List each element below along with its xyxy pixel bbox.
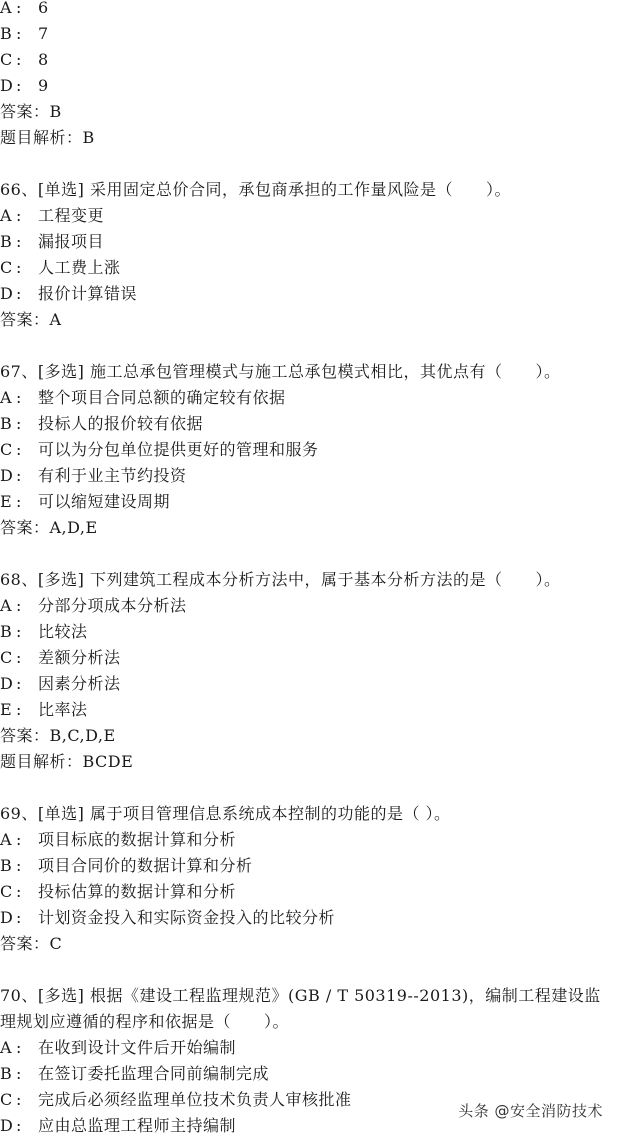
option-e: E:可以缩短建设周期	[0, 489, 617, 515]
option-d: D:9	[0, 73, 617, 99]
option-b: B:比较法	[0, 619, 617, 645]
question-66: 66、[单选] 采用固定总价合同，承包商承担的工作量风险是（ ）。 A:工程变更…	[0, 177, 617, 333]
question-stem: 66、[单选] 采用固定总价合同，承包商承担的工作量风险是（ ）。	[0, 177, 617, 203]
question-stem: 68、[多选] 下列建筑工程成本分析方法中，属于基本分析方法的是（ ）。	[0, 567, 617, 593]
question-stem: 67、[多选] 施工总承包管理模式与施工总承包模式相比，其优点有（ ）。	[0, 359, 617, 385]
watermark: 头条 @安全消防技术	[458, 1100, 603, 1121]
option-c: C:差额分析法	[0, 645, 617, 671]
option-b: B:投标人的报价较有依据	[0, 411, 617, 437]
option-c: C:人工费上涨	[0, 255, 617, 281]
option-a: A:整个项目合同总额的确定较有依据	[0, 385, 617, 411]
question-stem-continued: 理规划应遵循的程序和依据是（ ）。	[0, 1009, 617, 1035]
option-c: C:可以为分包单位提供更好的管理和服务	[0, 437, 617, 463]
analysis-line: 题目解析：B	[0, 125, 617, 151]
option-b: B:7	[0, 21, 617, 47]
option-b: B:漏报项目	[0, 229, 617, 255]
option-e: E:比率法	[0, 697, 617, 723]
option-a: A:在收到设计文件后开始编制	[0, 1035, 617, 1061]
question-stem: 70、[多选] 根据《建设工程监理规范》(GB / T 50319--2013)…	[0, 983, 617, 1009]
option-a: A:项目标底的数据计算和分析	[0, 827, 617, 853]
question-stem: 69、[单选] 属于项目管理信息系统成本控制的功能的是（ ）。	[0, 801, 617, 827]
option-d: D:因素分析法	[0, 671, 617, 697]
question-65-tail: A:6 B:7 C:8 D:9 答案：B 题目解析：B	[0, 0, 617, 151]
option-b: B:在签订委托监理合同前编制完成	[0, 1061, 617, 1087]
answer-line: 答案：A,D,E	[0, 515, 617, 541]
option-c: C:投标估算的数据计算和分析	[0, 879, 617, 905]
answer-line: 答案：C	[0, 931, 617, 957]
option-a: A:分部分项成本分析法	[0, 593, 617, 619]
exam-document: A:6 B:7 C:8 D:9 答案：B 题目解析：B 66、[单选] 采用固定…	[0, 0, 617, 1134]
answer-line: 答案：B	[0, 99, 617, 125]
option-d: D:有利于业主节约投资	[0, 463, 617, 489]
answer-line: 答案：A	[0, 307, 617, 333]
question-68: 68、[多选] 下列建筑工程成本分析方法中，属于基本分析方法的是（ ）。 A:分…	[0, 567, 617, 775]
option-b: B:项目合同价的数据计算和分析	[0, 853, 617, 879]
question-69: 69、[单选] 属于项目管理信息系统成本控制的功能的是（ ）。 A:项目标底的数…	[0, 801, 617, 957]
answer-line: 答案：B,C,D,E	[0, 723, 617, 749]
option-c: C:8	[0, 47, 617, 73]
analysis-line: 题目解析：BCDE	[0, 749, 617, 775]
question-67: 67、[多选] 施工总承包管理模式与施工总承包模式相比，其优点有（ ）。 A:整…	[0, 359, 617, 541]
option-d: D:报价计算错误	[0, 281, 617, 307]
option-a: A:工程变更	[0, 203, 617, 229]
option-d: D:计划资金投入和实际资金投入的比较分析	[0, 905, 617, 931]
option-a: A:6	[0, 0, 617, 21]
